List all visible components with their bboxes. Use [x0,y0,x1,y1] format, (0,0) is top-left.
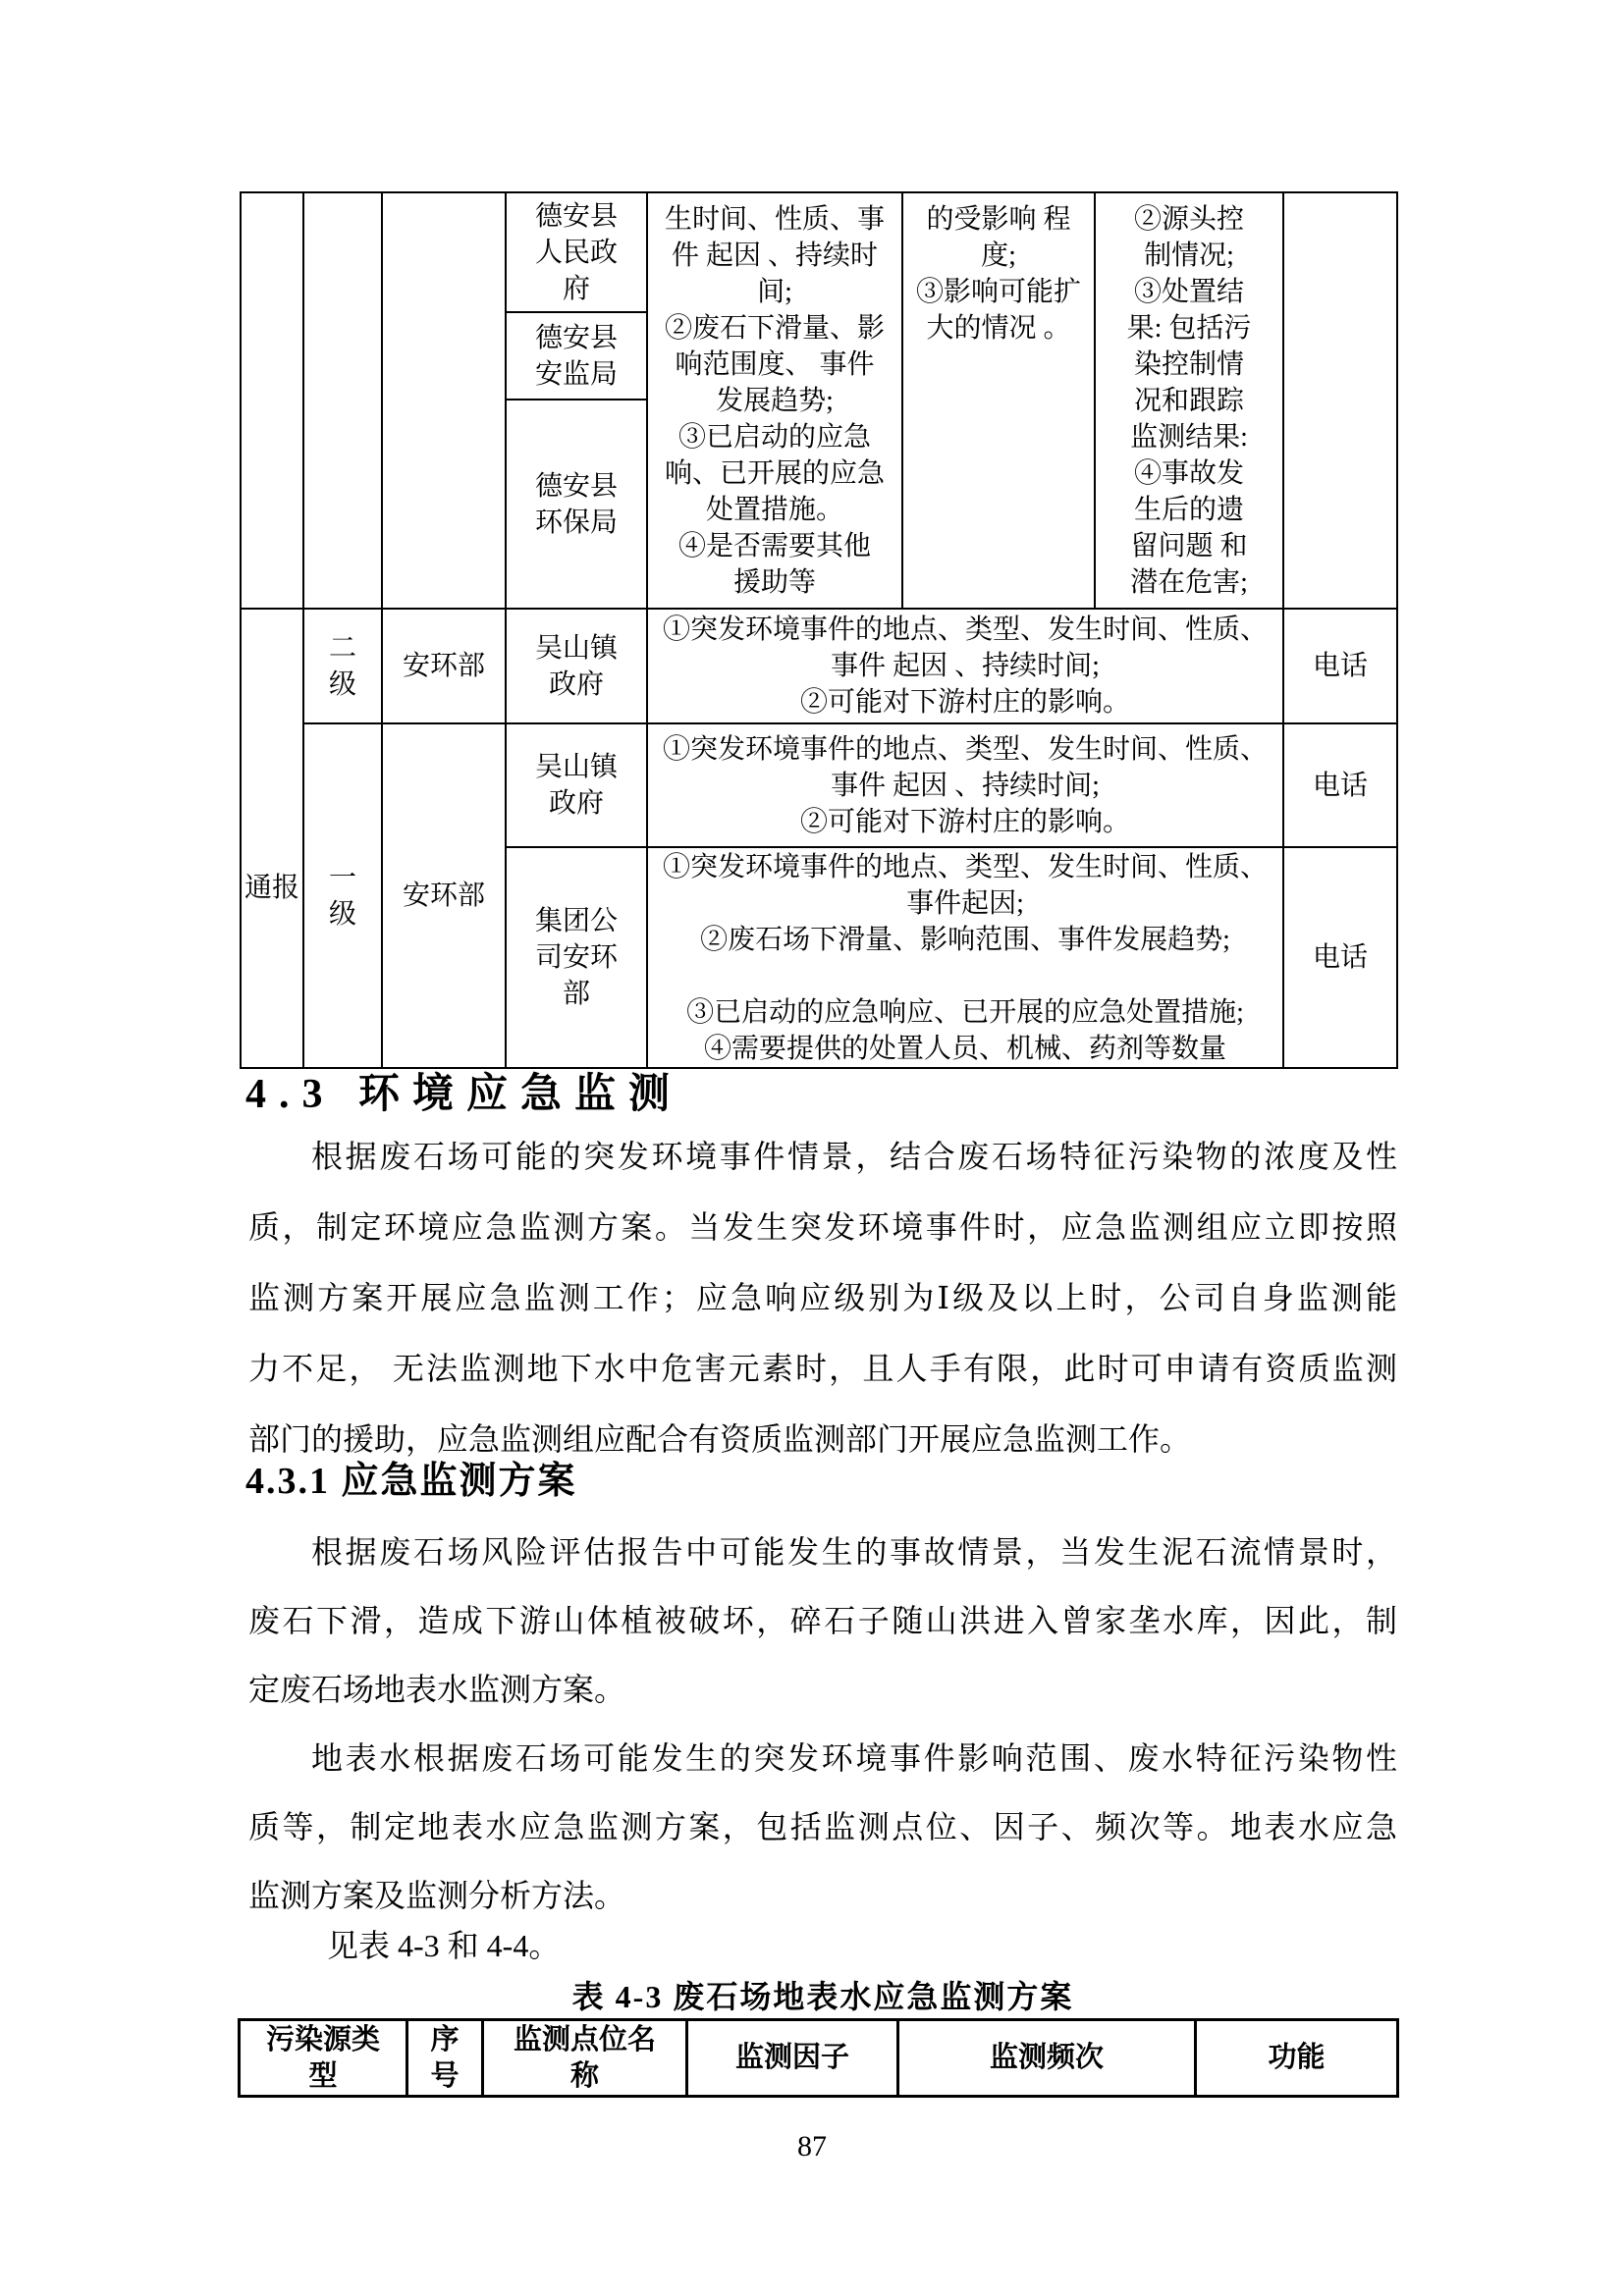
recipient-cell: 德安县 安监局 [506,312,647,400]
section-heading-4-3: 4.3 环境应急监测 [245,1070,1326,1119]
page-number: 87 [0,2128,1624,2165]
level-cell: 二 级 [303,609,382,723]
dept-cell: 安环部 [382,609,506,723]
notify-table: 德安县 人民政 府 生时间、性质、事 件 起因 、持续时 间; ②废石下滑量、影… [240,191,1398,1069]
paragraph-1-body: 根据废石场可能的突发环境事件情景，结合废石场特征污染物的浓度及性 质，制定环境应… [248,1121,1397,1404]
continued-level-cell [303,192,382,609]
content-cell: 生时间、性质、事 件 起因 、持续时 间; ②废石下滑量、影 响范围度、 事件 … [647,192,902,609]
continued-method-cell [1283,192,1397,609]
content-cell: ②源头控 制情况; ③处置结 果: 包括污 染控制情 况和跟踪 监测结果: ④事… [1095,192,1283,609]
column-header-monitor-frequency: 监测频次 [898,2020,1196,2097]
recipient-cell: 集团公 司安环 部 [506,847,647,1068]
recipient-cell: 德安县 环保局 [506,400,647,609]
recipient-cell: 吴山镇 政府 [506,609,647,723]
paragraph-3: 地表水根据废石场可能发生的突发环境事件影响范围、废水特征污染物性 质等，制定地表… [248,1724,1397,1930]
content-cell: ①突发环境事件的地点、类型、发生时间、性质、 事件 起因 、持续时间; ②可能对… [647,609,1283,723]
column-header-monitor-point-name: 监测点位名 称 [483,2020,687,2097]
document-page: 德安县 人民政 府 生时间、性质、事 件 起因 、持续时 间; ②废石下滑量、影… [0,0,1624,2296]
continued-dept-cell [382,192,506,609]
recipient-cell: 德安县 人民政 府 [506,192,647,312]
method-cell: 电话 [1283,723,1397,847]
paragraph-2: 根据废石场风险评估报告中可能发生的事故情景，当发生泥石流情景时， 废石下滑，造成… [248,1518,1397,1724]
method-cell: 电话 [1283,847,1397,1068]
paragraph-3-body: 地表水根据废石场可能发生的突发环境事件影响范围、废水特征污染物性 质等，制定地表… [248,1724,1397,1861]
see-table-reference: 见表 4-3 和 4-4。 [248,1911,1397,1980]
content-cell: ①突发环境事件的地点、类型、发生时间、性质、 事件 起因 、持续时间; ②可能对… [647,723,1283,847]
table-4-3-caption: 表 4-3 废石场地表水应急监测方案 [248,1977,1397,2016]
continued-group-cell [241,192,303,609]
level-cell: 一 级 [303,723,382,1068]
column-header-serial-number: 序 号 [407,2020,483,2097]
dept-cell: 安环部 [382,723,506,1068]
section-heading-4-3-1: 4.3.1 应急监测方案 [245,1459,1326,1504]
method-cell: 电话 [1283,609,1397,723]
paragraph-2-body: 根据废石场风险评估报告中可能发生的事故情景，当发生泥石流情景时， 废石下滑，造成… [248,1518,1397,1655]
paragraph-2-lastline: 定废石场地表水监测方案。 [248,1655,1397,1724]
column-header-monitor-factor: 监测因子 [687,2020,898,2097]
column-header-function: 功能 [1196,2020,1398,2097]
monitor-plan-table: 污染源类 型 序 号 监测点位名 称 监测因子 监测频次 功能 [238,2018,1399,2098]
content-cell: 的受影响 程 度; ③影响可能扩 大的情况 。 [902,192,1095,609]
paragraph-1: 根据废石场可能的突发环境事件情景，结合废石场特征污染物的浓度及性 质，制定环境应… [248,1121,1397,1474]
group-cell: 通报 [241,609,303,1068]
recipient-cell: 吴山镇 政府 [506,723,647,847]
content-cell: ①突发环境事件的地点、类型、发生时间、性质、 事件起因; ②废石场下滑量、影响范… [647,847,1283,1068]
column-header-pollution-source-type: 污染源类 型 [240,2020,407,2097]
